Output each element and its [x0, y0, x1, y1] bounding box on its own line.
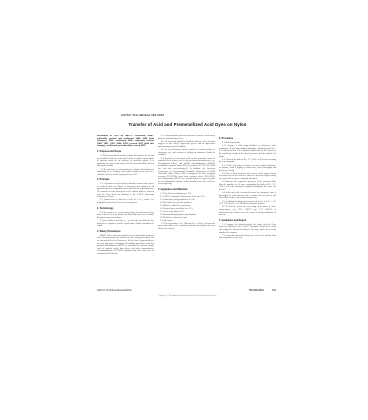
- paragraph: 6.2 Place a dyed specimen and a piece of…: [219, 173, 276, 181]
- paragraph: 6.1.1 Prepare a bath using distilled or …: [219, 145, 276, 158]
- paragraph: 6.3 Immerse the composite specimen in th…: [219, 181, 276, 191]
- paragraph: 1.1 This test method is used to evaluate…: [97, 155, 154, 168]
- paragraph: 4.3 An eyewash/safety shower should be l…: [158, 149, 215, 157]
- running-head: AATCC Test Method 163-2012: [121, 112, 278, 118]
- paragraph: 2.1 A specimen of dyed nylon in intimate…: [97, 183, 154, 199]
- paragraph: NOTE: These safety precautions are for i…: [97, 235, 154, 256]
- paragraph: 7.2 Report the numerical rating, the sca…: [219, 235, 276, 240]
- page-footer: AATCC Technical Manual/2012 TM 163-2012 …: [97, 289, 278, 292]
- paragraph: 4.2 All chemicals should be handled with…: [158, 141, 215, 149]
- paragraph: Developed in 1979 by AATCC Committee RA8…: [97, 135, 154, 148]
- footer-method-id: TM 163-2012: [249, 289, 264, 292]
- paragraph: 7.1 Compare the stained undyed test fabr…: [219, 224, 276, 234]
- paragraph: 6.4 At the end of the test period remove…: [219, 192, 276, 200]
- section-heading: 7. Evaluation and Report: [219, 220, 276, 223]
- section-heading: 6. Procedure: [219, 138, 276, 141]
- section-heading: 2. Principle: [97, 179, 154, 182]
- paragraph: 3.2 premetallized acid dye, n.—an acid d…: [97, 220, 154, 228]
- page-title: Transfer of Acid and Premetallized Acid …: [97, 122, 278, 130]
- paragraph: 4.1 Good laboratory practices should be …: [158, 135, 215, 140]
- paragraph: 1.2 The procedure is not intended to eva…: [97, 169, 154, 177]
- section-heading: 4. Safety Precautions: [97, 231, 154, 234]
- screenshot-root: { "document": { "header": "AATCC Test Me…: [0, 0, 368, 420]
- paragraph: 5.11 Test specimens, 50 × 100 mm (2.0 × …: [158, 223, 215, 231]
- section-heading: 1. Purpose and Scope: [97, 151, 154, 154]
- paragraph: 6.1.3 If the dyed fabric is known to car…: [219, 165, 276, 173]
- paragraph: 3.1 dye transfer, n.—in wet processing, …: [97, 212, 154, 220]
- section-heading: 3. Terminology: [97, 208, 154, 211]
- paragraph: 6.6 If desired, repeat the test using fr…: [219, 206, 276, 216]
- section-heading: 5. Apparatus and Materials: [158, 189, 215, 192]
- paragraph: 2.2 Transference is rated on a scale of …: [97, 199, 154, 204]
- copyright-notice: Copyright © 2011 American Association of…: [97, 295, 278, 297]
- footer-page-number: 283: [272, 289, 276, 292]
- document-page: AATCC Test Method 163-2012 Transfer of A…: [97, 112, 278, 308]
- paragraph: 6.1.2 Preheat the bath to 49 ± 2°C (120 …: [219, 159, 276, 164]
- text-columns: Developed in 1979 by AATCC Committee RA8…: [97, 135, 278, 285]
- text-column-middle: 4.1 Good laboratory practices should be …: [158, 135, 215, 285]
- text-column-left: Developed in 1979 by AATCC Committee RA8…: [97, 135, 154, 285]
- text-column-right: 6. Procedure6.1 Bath Preparation.6.1.1 P…: [219, 135, 276, 285]
- paragraph: 4.4 Exposure to chemicals used in this p…: [158, 158, 215, 187]
- footer-manual-name: AATCC Technical Manual/2012: [97, 289, 132, 292]
